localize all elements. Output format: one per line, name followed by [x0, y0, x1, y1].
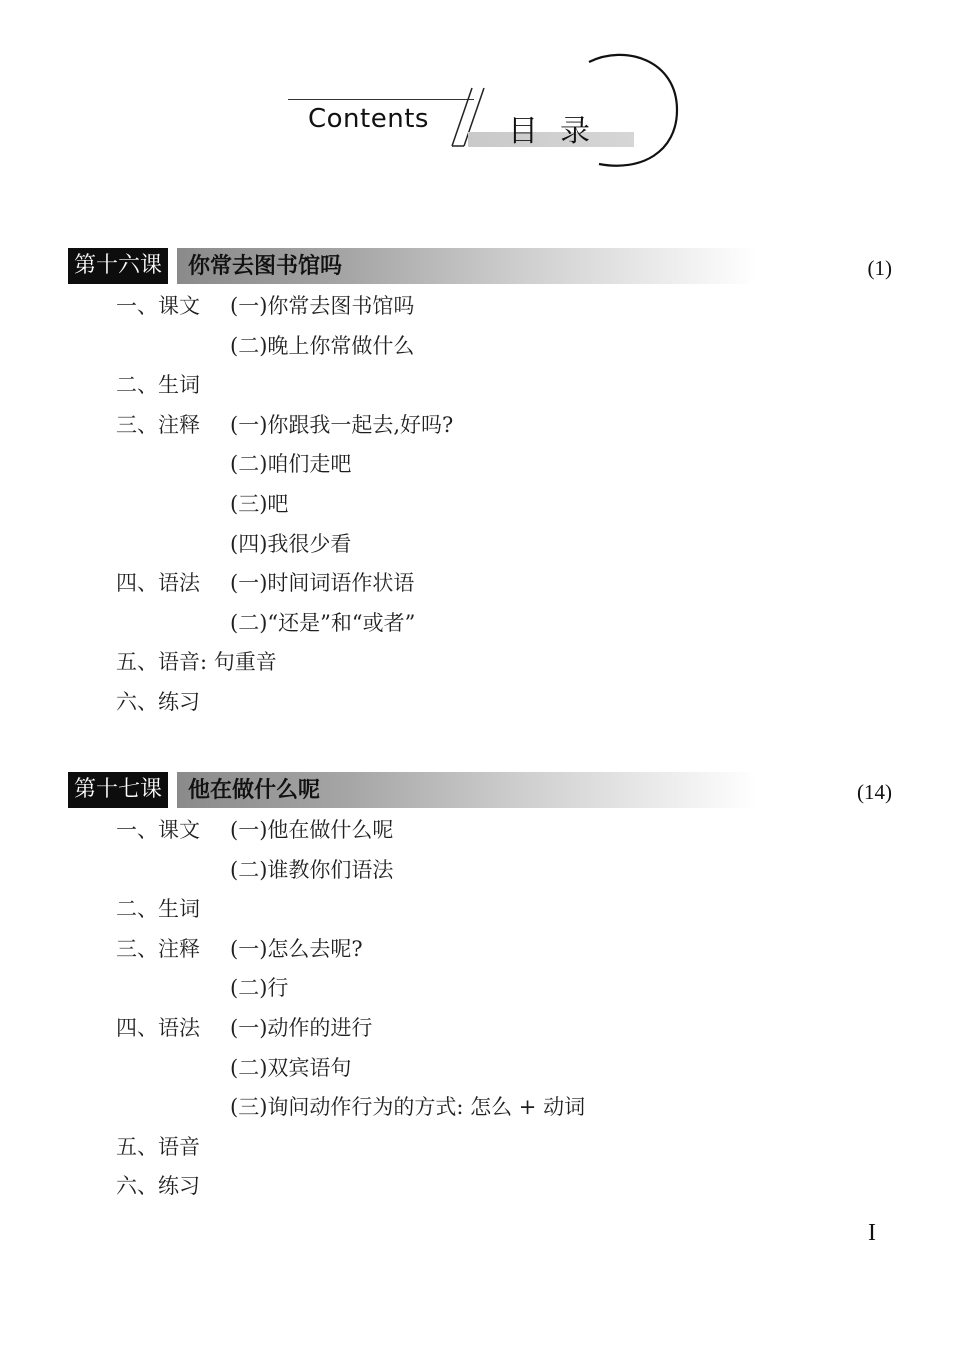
toc-section: 六、练习: [116, 1167, 200, 1207]
toc-section: 三、注释: [116, 930, 200, 970]
toc-section: 一、课文: [116, 287, 200, 327]
lesson-page-ref: (1): [868, 250, 893, 286]
title-rule-line: [288, 99, 474, 100]
title-english: Contents: [308, 104, 429, 134]
toc-section: 五、语音: 句重音: [116, 643, 277, 683]
toc-row[interactable]: 五、语音: [0, 1128, 960, 1168]
toc-row[interactable]: 三、注释(一)怎么去呢?: [0, 930, 960, 970]
toc-row[interactable]: (二)咱们走吧: [0, 445, 960, 485]
lesson-number-badge: 第十六课: [68, 248, 168, 284]
lesson-page-ref: (14): [857, 774, 892, 810]
toc-subsection: (二)咱们走吧: [230, 445, 351, 485]
toc-row[interactable]: 三、注释(一)你跟我一起去,好吗?: [0, 406, 960, 446]
toc-row[interactable]: (二)“还是”和“或者”: [0, 604, 960, 644]
toc-row[interactable]: (三)吧: [0, 485, 960, 525]
toc-subsection: (二)双宾语句: [230, 1049, 351, 1089]
lesson-16-section: 第十六课 你常去图书馆吗 (1) 一、课文(一)你常去图书馆吗 (二)晚上你常做…: [0, 248, 960, 723]
toc-row[interactable]: (三)询问动作行为的方式: 怎么 + 动词: [0, 1088, 960, 1128]
toc-subsection: (一)你常去图书馆吗: [230, 287, 414, 327]
toc-section: 三、注释: [116, 406, 200, 446]
toc-subsection: (二)“还是”和“或者”: [230, 604, 415, 644]
toc-section: 二、生词: [116, 890, 200, 930]
toc-subsection: (一)时间词语作状语: [230, 564, 414, 604]
toc-row[interactable]: 二、生词: [0, 890, 960, 930]
toc-subsection: (一)怎么去呢?: [230, 930, 363, 970]
toc-row[interactable]: 一、课文(一)你常去图书馆吗: [0, 287, 960, 327]
toc-section: 五、语音: [116, 1128, 200, 1168]
lesson-header[interactable]: 第十六课 你常去图书馆吗 (1): [0, 248, 960, 286]
lesson-title[interactable]: 他在做什么呢: [188, 772, 320, 808]
toc-row[interactable]: 六、练习: [0, 683, 960, 723]
toc-section: 六、练习: [116, 683, 200, 723]
lesson-title[interactable]: 你常去图书馆吗: [188, 248, 342, 284]
toc-row[interactable]: (二)晚上你常做什么: [0, 327, 960, 367]
toc-row[interactable]: 二、生词: [0, 366, 960, 406]
toc-subsection: (三)询问动作行为的方式: 怎么 + 动词: [230, 1088, 585, 1128]
toc-subsection: (一)他在做什么呢: [230, 811, 393, 851]
toc-row[interactable]: 五、语音: 句重音: [0, 643, 960, 683]
lesson-17-section: 第十七课 他在做什么呢 (14) 一、课文(一)他在做什么呢 (二)谁教你们语法…: [0, 772, 960, 1207]
page-number: I: [868, 1220, 876, 1247]
toc-section: 四、语法: [116, 1009, 200, 1049]
toc-subsection: (二)行: [230, 969, 288, 1009]
toc-row[interactable]: 四、语法(一)动作的进行: [0, 1009, 960, 1049]
toc-section: 四、语法: [116, 564, 200, 604]
toc-row[interactable]: (四)我很少看: [0, 525, 960, 565]
toc-section: 一、课文: [116, 811, 200, 851]
lesson-number-badge: 第十七课: [68, 772, 168, 808]
toc-row[interactable]: 四、语法(一)时间词语作状语: [0, 564, 960, 604]
lesson-header[interactable]: 第十七课 他在做什么呢 (14): [0, 772, 960, 810]
toc-row[interactable]: (二)行: [0, 969, 960, 1009]
toc-subsection: (二)晚上你常做什么: [230, 327, 414, 367]
toc-subsection: (一)动作的进行: [230, 1009, 372, 1049]
toc-row[interactable]: 六、练习: [0, 1167, 960, 1207]
toc-subsection: (四)我很少看: [230, 525, 351, 565]
arc-ornament-icon: [585, 52, 685, 172]
toc-row[interactable]: (二)双宾语句: [0, 1049, 960, 1089]
toc-subsection: (一)你跟我一起去,好吗?: [230, 406, 453, 446]
toc-subsection: (三)吧: [230, 485, 288, 525]
toc-subsection: (二)谁教你们语法: [230, 851, 393, 891]
toc-row[interactable]: (二)谁教你们语法: [0, 851, 960, 891]
toc-row[interactable]: 一、课文(一)他在做什么呢: [0, 811, 960, 851]
contents-title-block: Contents 目录: [0, 0, 960, 200]
toc-section: 二、生词: [116, 366, 200, 406]
